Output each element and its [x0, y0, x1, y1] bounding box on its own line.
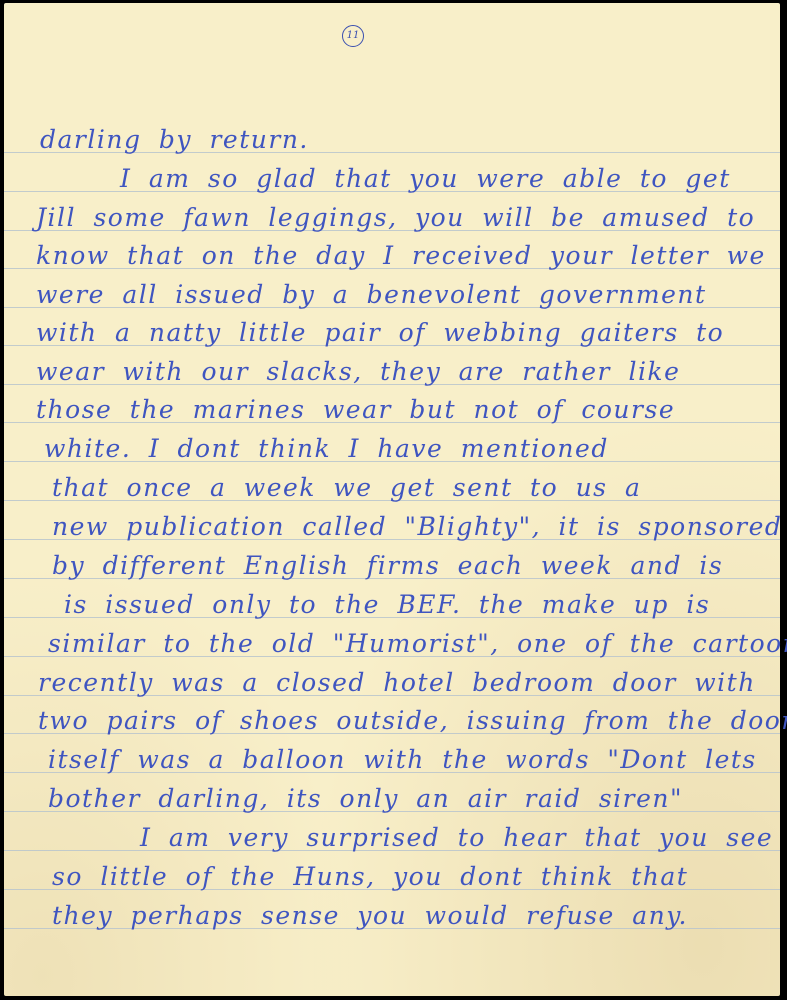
text-line: know that on the day I received your let… [36, 241, 766, 270]
text-line: by different English firms each week and… [52, 551, 723, 580]
text-line: recently was a closed hotel bedroom door… [38, 668, 756, 697]
text-line: new publication called "Blighty", it is … [52, 512, 782, 541]
text-line: darling by return. [40, 125, 309, 154]
text-line: wear with our slacks, they are rather li… [36, 357, 680, 386]
page-number: 11 [342, 25, 364, 47]
text-line: Jill some fawn leggings, you will be amu… [36, 203, 755, 232]
text-line: were all issued by a benevolent governme… [36, 280, 707, 309]
text-line: two pairs of shoes outside, issuing from… [38, 706, 787, 735]
text-line: with a natty little pair of webbing gait… [36, 318, 724, 347]
text-line: bother darling, its only an air raid sir… [48, 784, 683, 813]
text-line: I am so glad that you were able to get [120, 164, 731, 193]
text-line: they perhaps sense you would refuse any. [52, 901, 688, 930]
text-line: similar to the old "Humorist", one of th… [48, 629, 787, 658]
text-line: those the marines wear but not of course [36, 395, 675, 424]
text-line: is issued only to the BEF. the make up i… [64, 590, 710, 619]
text-line: so little of the Huns, you dont think th… [52, 862, 688, 891]
letter-page: 11 darling by return. I am so glad that … [4, 3, 780, 996]
text-line: that once a week we get sent to us a [52, 473, 641, 502]
text-line: white. I dont think I have mentioned [44, 434, 609, 463]
text-line: itself was a balloon with the words "Don… [48, 745, 757, 774]
text-line: I am very surprised to hear that you see [140, 823, 773, 852]
